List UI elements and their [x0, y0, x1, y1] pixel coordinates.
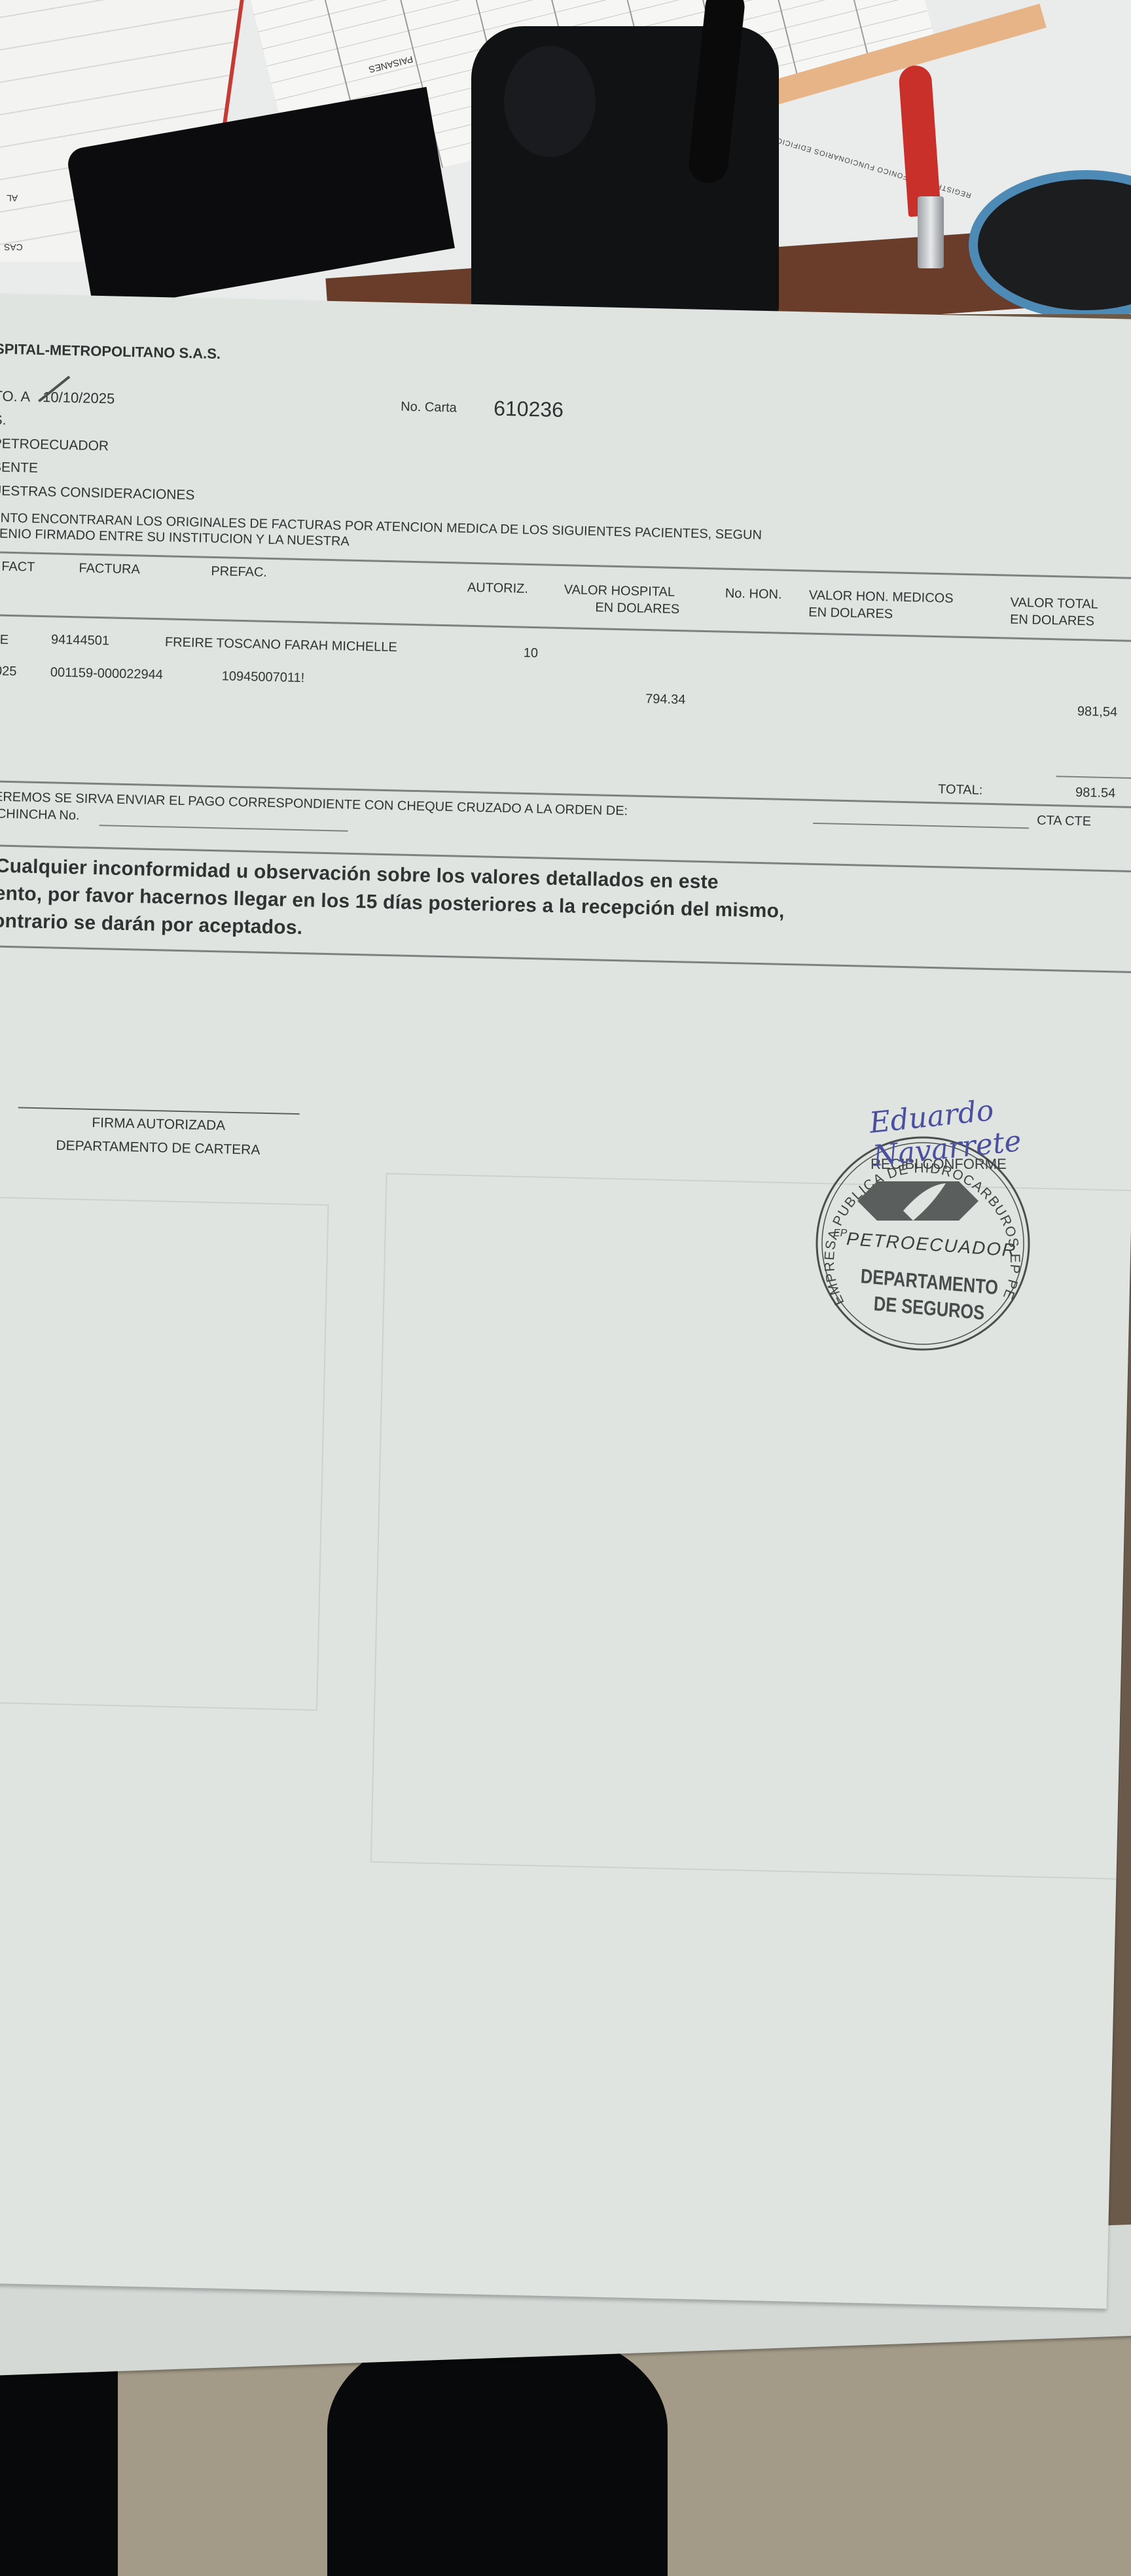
- table-top-rule: [0, 551, 1131, 579]
- total-label: TOTAL:: [938, 782, 983, 798]
- col-header-valor-hospital: VALOR HOSPITAL EN DOLARES: [558, 581, 680, 618]
- cell-patient: FREIRE TOSCANO FARAH MICHELLE: [165, 635, 397, 655]
- col-header-prefac: PREFAC.: [211, 563, 267, 581]
- address-line: S.: [0, 412, 7, 428]
- col-header-valor-total: VALOR TOTAL EN DOLARES: [1010, 594, 1098, 630]
- signature-department: DEPARTAMENTO DE CARTERA: [4, 1137, 312, 1160]
- background-label: AL: [7, 193, 18, 204]
- carta-label: No. Carta: [401, 399, 457, 416]
- show-through-box: [0, 1196, 329, 1711]
- cell-fecha-1: ITE: [0, 632, 9, 648]
- cell-autoriz: 10: [523, 646, 538, 661]
- address-line: PETROECUADOR: [0, 436, 109, 454]
- total-sum-rule: [1056, 776, 1131, 779]
- red-pen: [898, 65, 941, 217]
- carta-number: 610236: [494, 397, 564, 422]
- note-line: contrario se darán por aceptados.: [0, 910, 303, 939]
- address-line: SENTE: [0, 459, 38, 476]
- desk-background: PAISANES 11291 REGISTRO TELEFONICO FUNCI…: [0, 0, 1131, 314]
- cell-prefac: 10945007011!: [222, 669, 305, 686]
- date-prefix: TO. A: [0, 387, 29, 404]
- cell-historia: 94144501: [51, 632, 109, 649]
- pen-tip: [918, 196, 944, 268]
- note-bottom-rule: [0, 945, 1131, 973]
- payee-blank: [813, 823, 1029, 829]
- date-line: TO. A 10/10/2025: [0, 387, 115, 407]
- background-label: PAISANES: [368, 54, 414, 75]
- company-name: SPITAL-METROPOLITANO S.A.S.: [0, 340, 221, 363]
- cell-valor-total: 981,54: [1077, 704, 1118, 720]
- date: 10/10/2025: [43, 389, 115, 406]
- total-value: 981.54: [1075, 785, 1116, 801]
- cell-fecha-2: 2025: [0, 664, 17, 679]
- payment-cta: CTA CTE: [1037, 814, 1091, 830]
- dark-shape: [0, 2356, 118, 2576]
- payment-bank: PICHINCHA No.: [0, 806, 80, 823]
- signature-label: FIRMA AUTORIZADA: [5, 1113, 312, 1136]
- cell-valor-hospital: 794.34: [645, 692, 686, 707]
- cell-factura: 001159-000022944: [50, 665, 164, 683]
- background-label: REGISTRO TELEFONICO FUNCIONARIOS EDIFICI…: [775, 136, 972, 200]
- dark-shape: [327, 2330, 668, 2576]
- radio-knob: [504, 46, 596, 157]
- col-header-no-hon: No. HON.: [725, 585, 782, 603]
- account-blank: [99, 825, 348, 832]
- col-header-autoriz: AUTORIZ.: [467, 579, 529, 598]
- col-header-valor-hon: VALOR HON. MEDICOS EN DOLARES: [808, 587, 954, 624]
- background-label: CAS: [4, 242, 23, 253]
- signature-line: [18, 1107, 300, 1115]
- address-line: UESTRAS CONSIDERACIONES: [0, 483, 195, 503]
- col-header-fecha: A FACT: [0, 558, 35, 576]
- stamp-brand-prefix: EP: [833, 1228, 847, 1240]
- col-header-factura: FACTURA: [79, 560, 140, 578]
